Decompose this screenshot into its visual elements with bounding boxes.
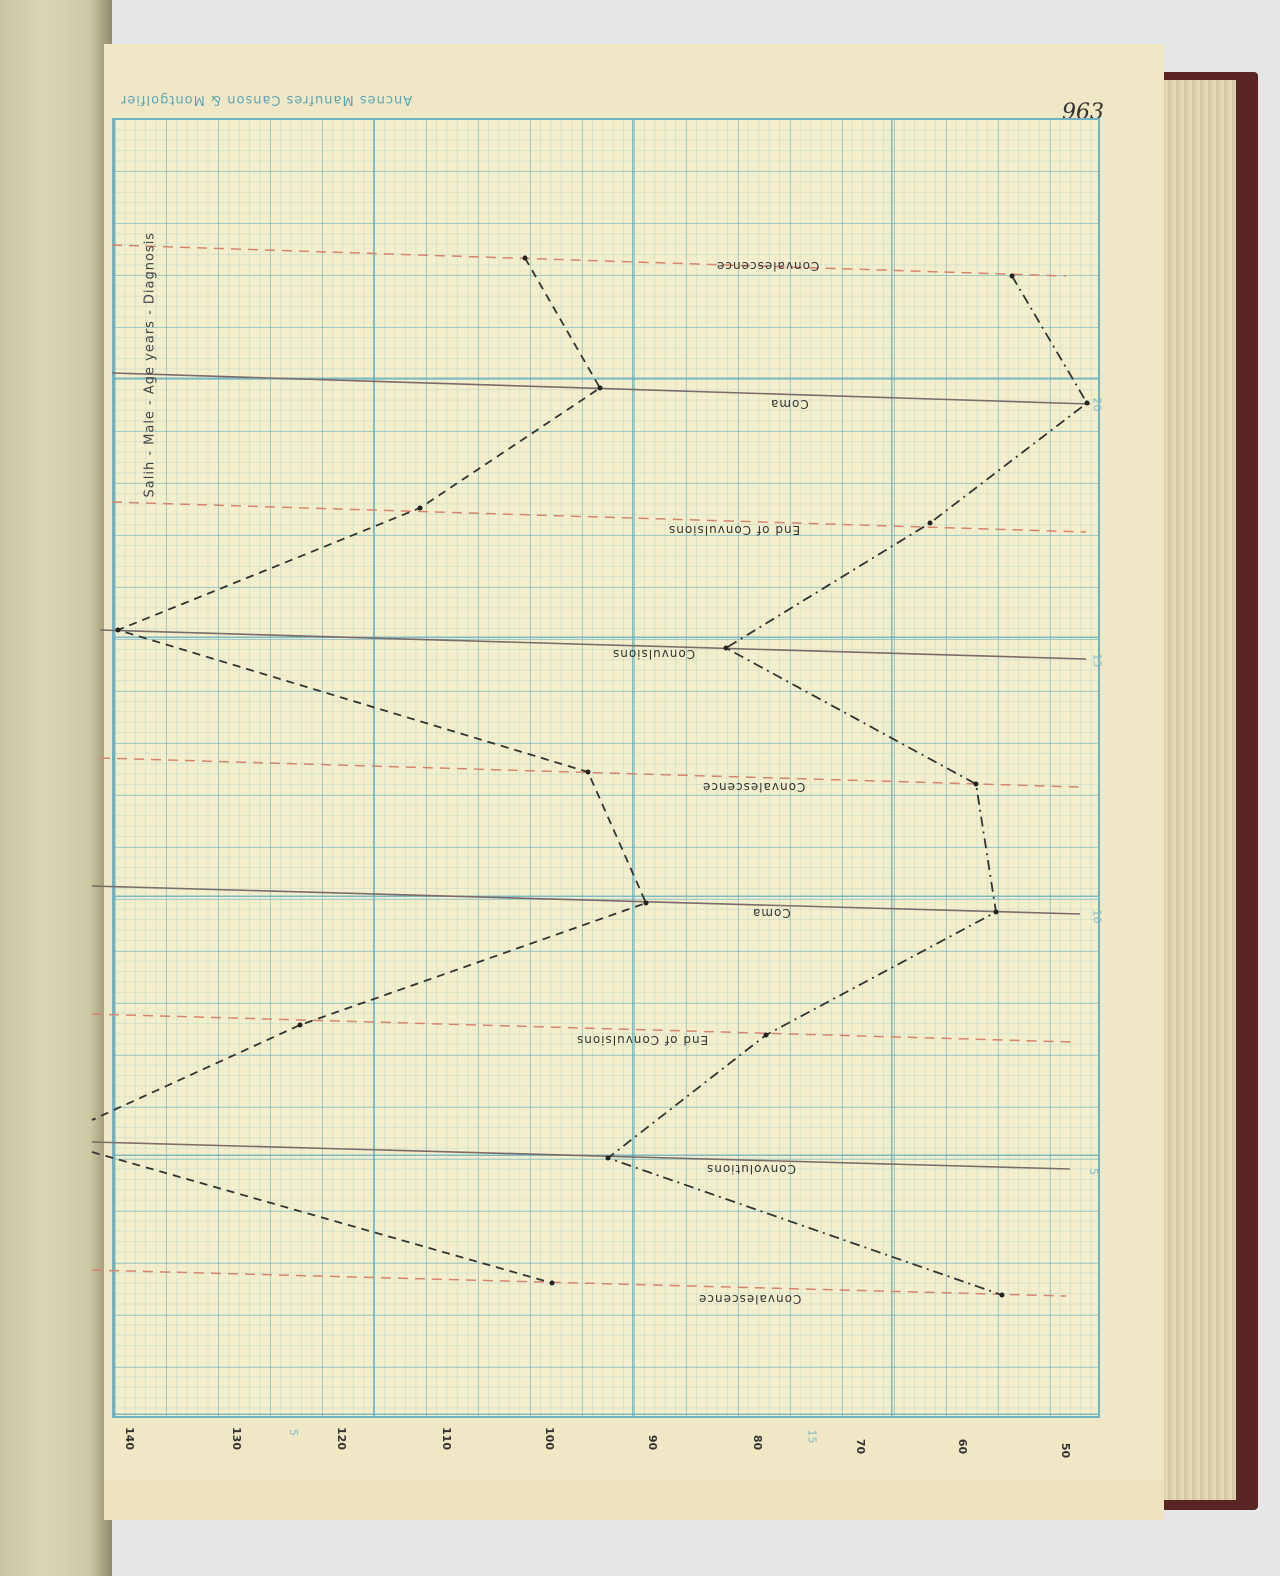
x-tick: 130: [230, 1427, 243, 1450]
event-label: Coma: [770, 397, 809, 411]
day-tick: 15: [1091, 654, 1104, 668]
day-tick: 10: [1091, 910, 1104, 924]
event-label: Convolutions: [706, 1162, 796, 1176]
x-tick: 70: [854, 1439, 867, 1454]
chart-title: Salih - Male - Age years - Diagnosis: [143, 278, 158, 498]
day-tick: 20: [1091, 398, 1104, 412]
series-b-line: [608, 276, 1087, 1295]
x-tick: 100: [543, 1427, 556, 1450]
event-lines: [92, 245, 1090, 1296]
day-tick: 5: [1087, 1168, 1100, 1175]
x-tick: 50: [1059, 1443, 1072, 1458]
x-blue-tick: 5: [287, 1429, 300, 1436]
event-label: Convalescence: [698, 1292, 801, 1306]
chart-plot: [0, 0, 1280, 1576]
x-tick: 120: [335, 1427, 348, 1450]
x-blue-tick: 15: [806, 1430, 819, 1444]
event-label: Convulsions: [612, 647, 695, 661]
x-tick: 90: [646, 1435, 659, 1450]
event-label: End of Convulsions: [576, 1033, 708, 1047]
event-label: Convalescence: [716, 259, 819, 273]
x-tick: 140: [123, 1427, 136, 1450]
x-tick: 110: [440, 1427, 453, 1450]
event-label: Coma: [752, 906, 791, 920]
x-tick: 80: [751, 1435, 764, 1450]
event-label: End of Convulsions: [668, 523, 800, 537]
x-tick: 60: [956, 1439, 969, 1454]
event-label: Convalescence: [702, 780, 805, 794]
